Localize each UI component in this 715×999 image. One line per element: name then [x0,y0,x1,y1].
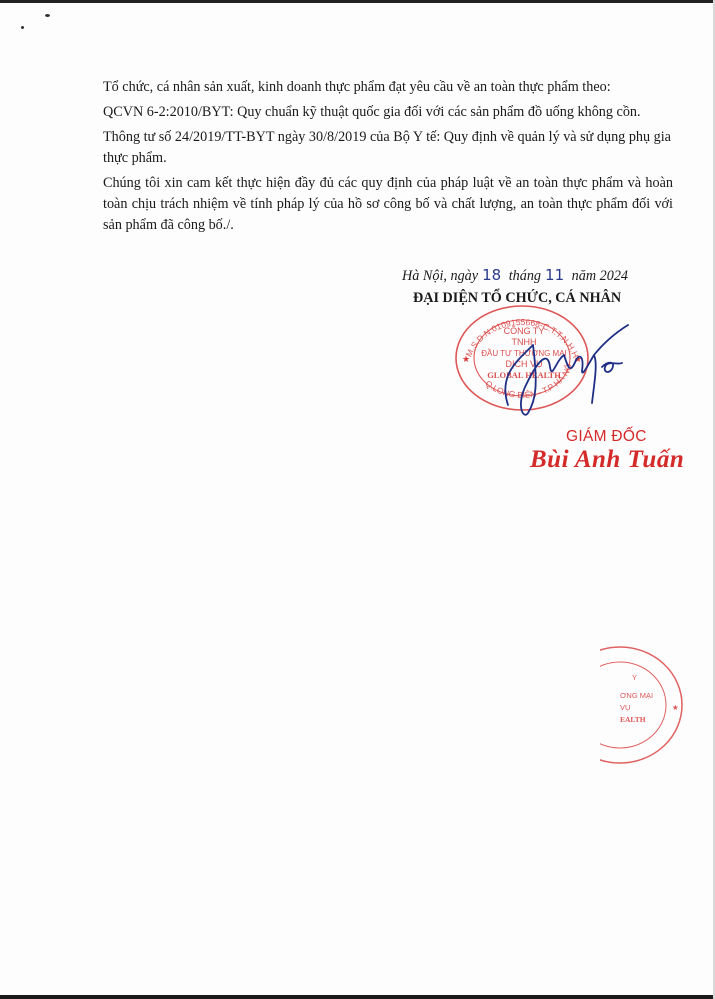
paragraph-compliance: Tổ chức, cá nhân sản xuất, kinh doanh th… [103,77,673,98]
svg-text:★: ★ [462,354,470,364]
date-year: năm 2024 [572,268,628,284]
date-day: 18 [478,266,505,284]
paragraph-circular: Thông tư số 24/2019/TT-BYT ngày 30/8/201… [103,127,673,169]
signatory-name: Bùi Anh Tuấn [530,446,684,474]
scan-edge-top [0,0,715,3]
signatory-title: GIÁM ĐỐC [566,428,647,446]
svg-text:VỤ: VỤ [620,703,630,712]
scan-speck [45,14,50,17]
svg-text:★: ★ [672,703,679,712]
svg-text:EALTH: EALTH [620,715,646,724]
paragraph-commitment: Chúng tôi xin cam kết thực hiện đầy đủ c… [103,173,673,236]
date-prefix: Hà Nội, ngày [402,268,478,284]
svg-text:Y: Y [632,673,637,682]
scan-edge-bottom [0,995,715,999]
date-month: 11 [541,266,568,284]
handwritten-signature [498,305,638,420]
document-body: Tổ chức, cá nhân sản xuất, kinh doanh th… [103,77,673,236]
date-month-label: tháng [509,268,541,284]
date-line: Hà Nội, ngày18 tháng11 năm 2024 [402,266,628,285]
svg-text:ƠNG MẠI: ƠNG MẠI [620,691,653,700]
scan-speck [21,26,24,29]
paragraph-qcvn: QCVN 6-2:2010/BYT: Quy chuẩn kỹ thuật qu… [103,102,673,123]
partial-stamp-margin: Y ƠNG MẠI VỤ EALTH ★ [600,640,715,770]
